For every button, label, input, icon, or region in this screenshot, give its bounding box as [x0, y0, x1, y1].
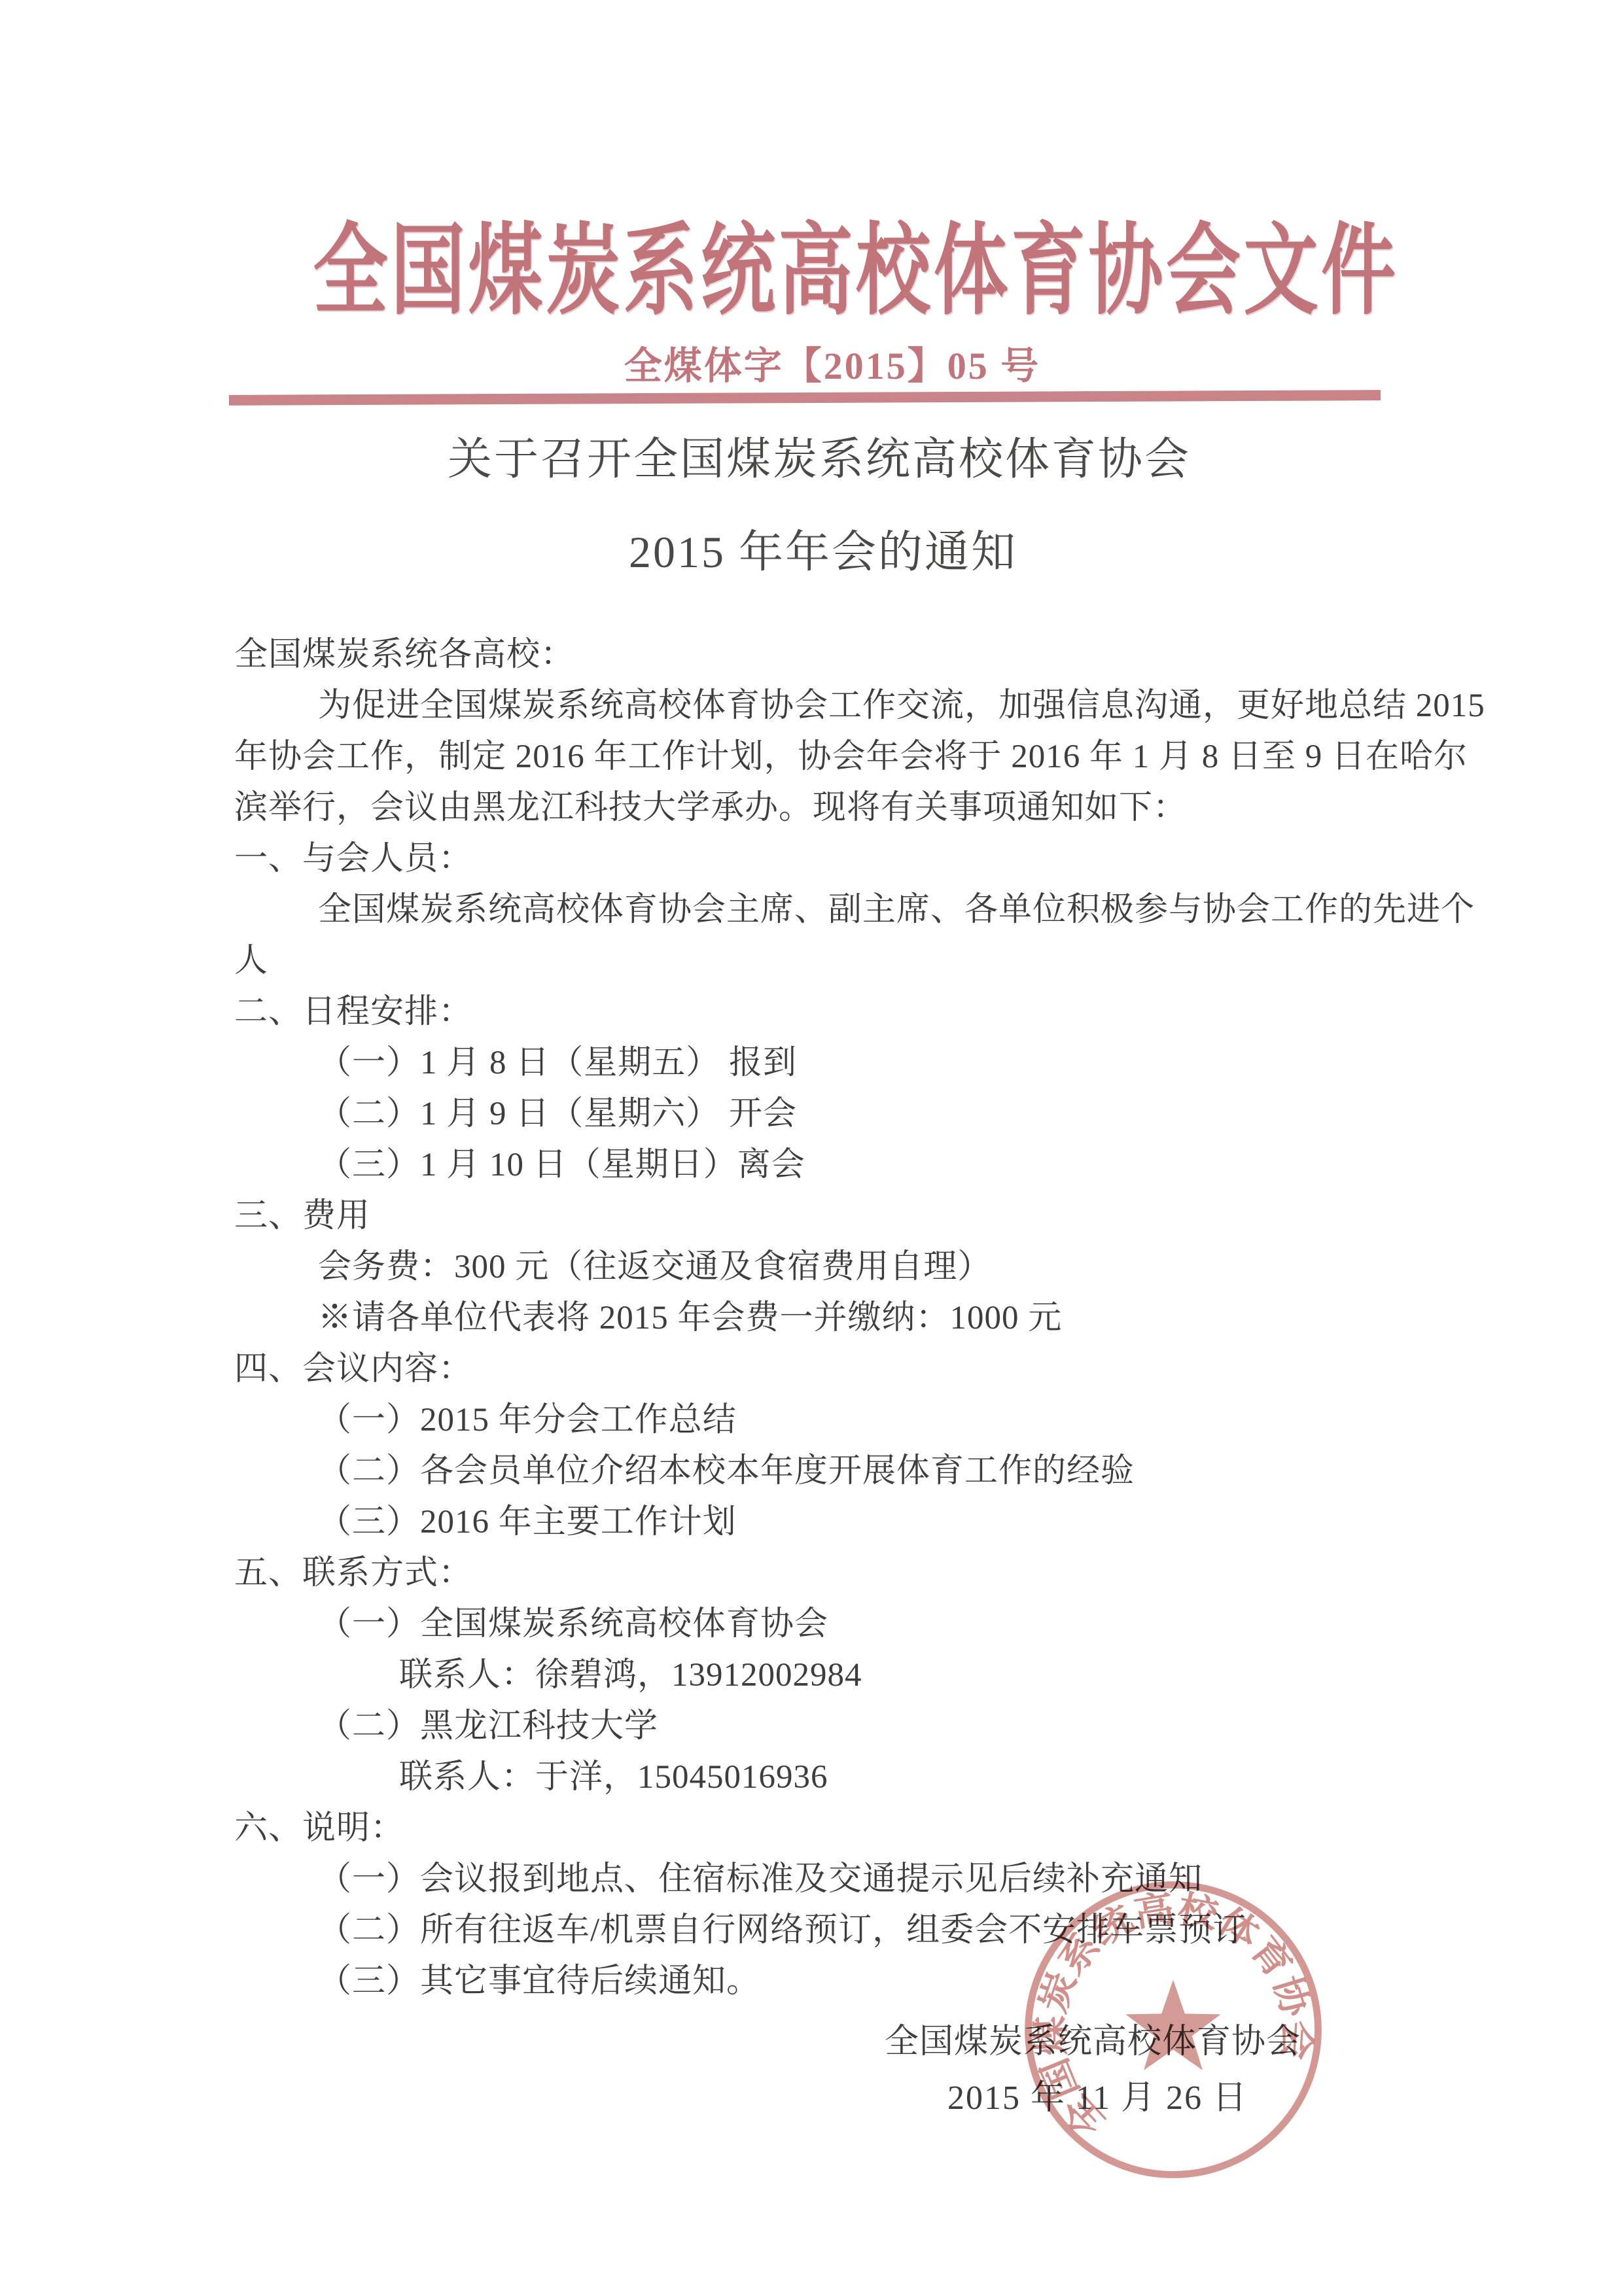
- body-line: 二、日程安排：: [234, 986, 1422, 1037]
- body-line: （二）1 月 9 日（星期六） 开会: [234, 1088, 1422, 1139]
- body-line: 滨举行，会议由黑龙江科技大学承办。现将有关事项通知如下：: [234, 782, 1422, 833]
- body-line: 三、费用: [234, 1191, 1422, 1242]
- body-lines: 全国煤炭系统各高校：为促进全国煤炭系统高校体育协会工作交流，加强信息沟通，更好地…: [234, 629, 1422, 2007]
- body-line: 人: [234, 935, 1422, 986]
- body-line: 四、会议内容：: [234, 1344, 1422, 1395]
- body-line: （二）各会员单位介绍本校本年度开展体育工作的经验: [234, 1446, 1422, 1497]
- body-line: 联系人：徐碧鸿，13912002984: [234, 1650, 1422, 1701]
- body-line: （一）全国煤炭系统高校体育协会: [234, 1599, 1422, 1650]
- body-line: 为促进全国煤炭系统高校体育协会工作交流，加强信息沟通，更好地总结 2015: [234, 680, 1422, 731]
- letterhead-org-title: 全国煤炭系统高校体育协会文件: [313, 191, 1399, 334]
- document-page: 全国煤炭系统高校体育协会文件 全煤体字【2015】05 号 关于召开全国煤炭系统…: [0, 0, 1624, 2296]
- body-line: （一）1 月 8 日（星期五） 报到: [234, 1037, 1422, 1088]
- body-line: （一）2015 年分会工作总结: [234, 1395, 1422, 1446]
- official-seal: 全国煤炭系统高校体育协会: [1013, 1870, 1333, 2190]
- body-line: 一、与会人员：: [234, 833, 1422, 884]
- document-title-line1: 关于召开全国煤炭系统高校体育协会: [448, 424, 1191, 487]
- document-number: 全煤体字【2015】05 号: [624, 335, 1041, 390]
- body-line: 全国煤炭系统高校体育协会主席、副主席、各单位积极参与协会工作的先进个: [234, 884, 1422, 935]
- body-line: 六、说明：: [234, 1803, 1422, 1854]
- body-line: ※请各单位代表将 2015 年会费一并缴纳：1000 元: [234, 1293, 1422, 1344]
- body-line: 五、联系方式：: [234, 1548, 1422, 1599]
- body-line: 全国煤炭系统各高校：: [234, 629, 1422, 680]
- document-title-line2: 2015 年年会的通知: [629, 517, 1017, 580]
- letterhead-rule: [229, 390, 1381, 406]
- body-line: 会务费：300 元（往返交通及食宿费用自理）: [234, 1242, 1422, 1293]
- body-line: 联系人：于洋，15045016936: [234, 1752, 1422, 1803]
- body-line: （三）1 月 10 日（星期日）离会: [234, 1139, 1422, 1191]
- body-line: 年协会工作，制定 2016 年工作计划，协会年会将于 2016 年 1 月 8 …: [234, 731, 1422, 782]
- body-line: （三）2016 年主要工作计划: [234, 1497, 1422, 1548]
- star-icon: [1125, 1980, 1220, 2070]
- body-line: （二）黑龙江科技大学: [234, 1701, 1422, 1752]
